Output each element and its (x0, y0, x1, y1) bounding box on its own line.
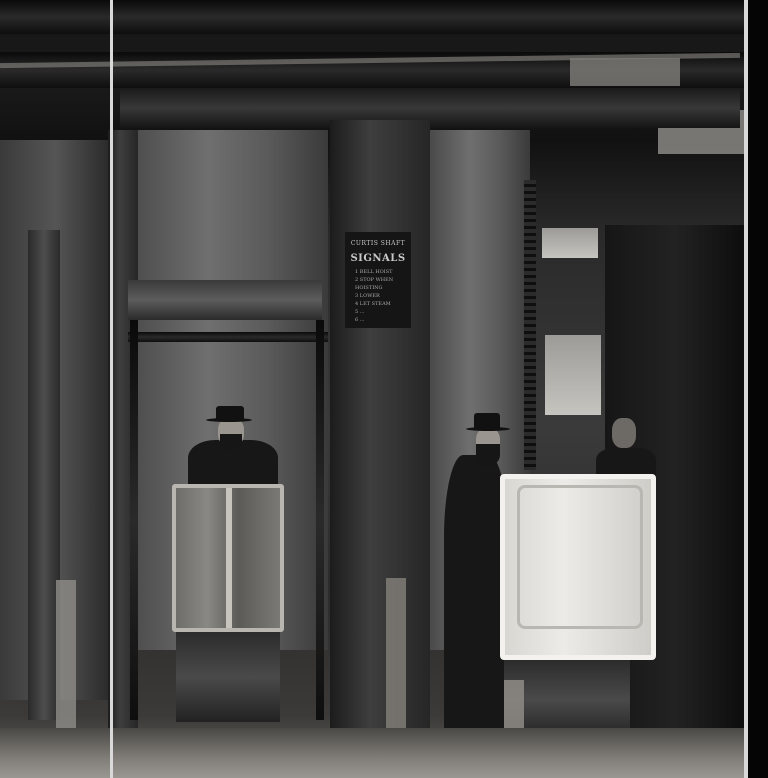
right-margin (748, 0, 768, 778)
window (542, 228, 598, 258)
ceiling-beam (0, 0, 768, 34)
post-plate (386, 578, 406, 728)
face (612, 418, 636, 448)
ore-cart-left (172, 484, 284, 632)
mine-shaft-photograph: CURTIS SHAFT SIGNALS 1 BELL HOIST 2 STOP… (0, 0, 768, 778)
signal-line: 2 STOP WHEN HOISTING (355, 276, 411, 292)
cart-base-left (176, 632, 280, 722)
beard (476, 444, 500, 466)
floor (0, 728, 768, 778)
ore-cart-right (500, 474, 656, 660)
cage-crossbar (128, 332, 328, 342)
signals-board-subtitle: CURTIS SHAFT (345, 240, 411, 247)
signal-line: 5 ... (355, 308, 411, 316)
wooden-post (330, 120, 430, 730)
signal-line: 6 ... (355, 316, 411, 324)
hoist-chain (524, 180, 536, 470)
signals-board-title: SIGNALS (345, 253, 411, 264)
cage-upright (316, 320, 324, 720)
signals-board-lines: 1 BELL HOIST 2 STOP WHEN HOISTING 3 LOWE… (345, 268, 411, 324)
signal-line: 4 LET STEAM (355, 300, 411, 308)
vertical-rule (110, 0, 113, 778)
cage-upright (130, 320, 138, 720)
post-plate (56, 580, 76, 730)
cage-top (128, 280, 322, 320)
signal-line: 3 LOWER (355, 292, 411, 300)
coat (444, 455, 508, 730)
window (545, 335, 601, 415)
ceiling-board (570, 58, 680, 86)
beard (220, 434, 242, 450)
hat-brim (466, 427, 510, 431)
header-beam (120, 88, 740, 128)
signal-line: 1 BELL HOIST (355, 268, 411, 276)
shaft-signals-board: CURTIS SHAFT SIGNALS 1 BELL HOIST 2 STOP… (345, 232, 411, 328)
hat-brim (206, 418, 252, 422)
